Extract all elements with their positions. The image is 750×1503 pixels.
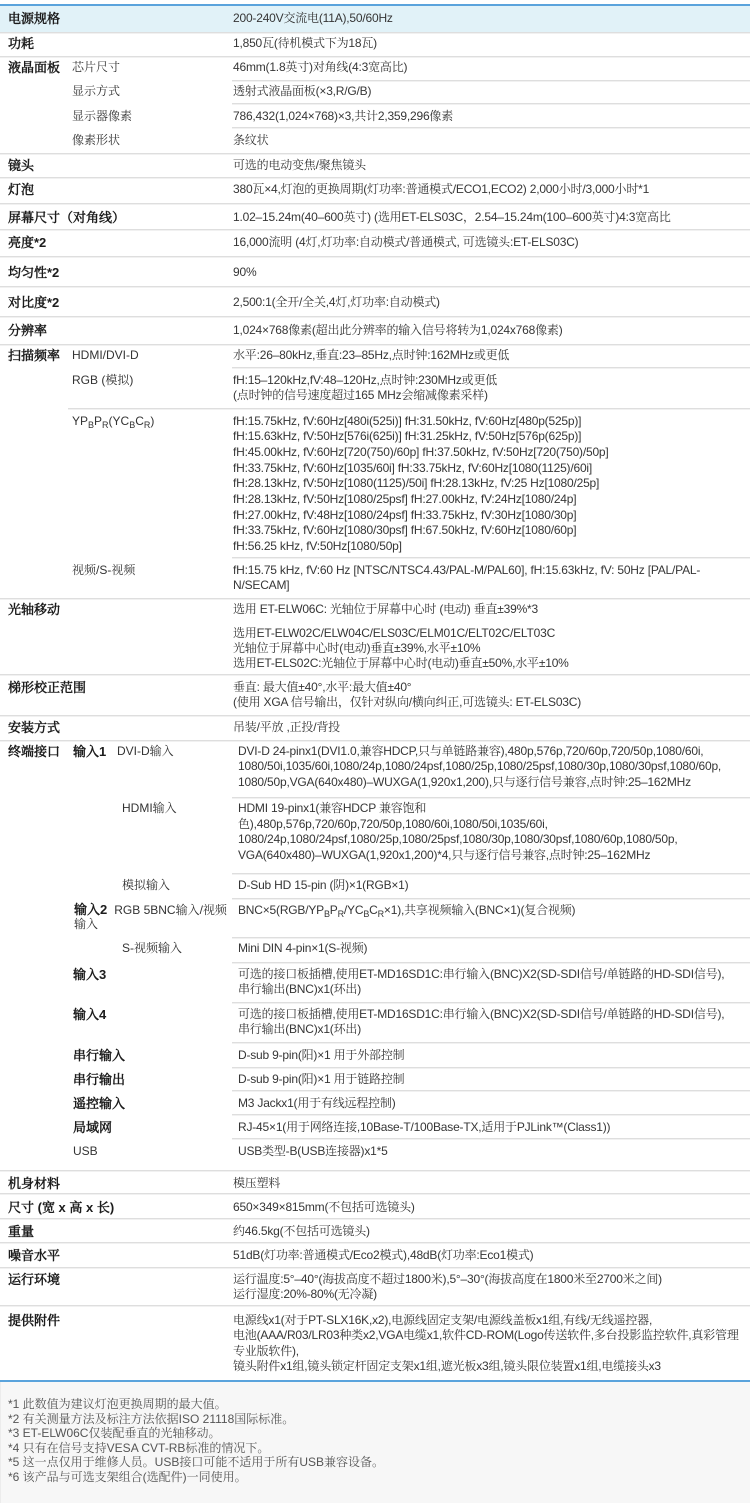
spec-value: 垂直: 最大值±40°,水平:最大值±40° (使用 XGA 信号输出，仅针对纵…	[233, 680, 748, 711]
spec-label: 提供附件	[8, 1313, 60, 1328]
spec-row-scan-hdmi-dvi: 扫描频率 HDMI/DVI-D 水平:26–80kHz,垂直:23–85Hz,点…	[0, 344, 750, 367]
spec-row-terminal-hdmi: HDMI输入 HDMI 19-pinx1(兼容HDCP 兼容饱和 色),480p…	[0, 797, 750, 873]
value-line: fH:33.75kHz, fV:60Hz[1035/60i] fH:33.75k…	[233, 461, 748, 477]
spec-row-terminal-serial-in: 串行输入 D-sub 9-pin(阳)×1 用于外部控制	[0, 1042, 750, 1067]
spec-row-terminal-input4: 输入4 可选的接口板插槽,使用ET-MD16SD1C:串行输入(BNC)X2(S…	[0, 1002, 750, 1042]
spec-value: D-Sub HD 15-pin (阴)×1(RGB×1)	[238, 878, 748, 894]
spec-sublabel: 模拟输入	[122, 878, 170, 893]
value-line: 水平:26–80kHz,垂直:23–85Hz,点时钟:162MHz或更低	[233, 348, 748, 364]
value-line: fH:33.75kHz, fV:60Hz[1080/30psf] fH:67.5…	[233, 523, 748, 539]
label-part: )	[150, 414, 154, 428]
spec-label: 均匀性*2	[8, 265, 59, 280]
spec-value: fH:15.75kHz, fV:60Hz[480i(525i)] fH:31.5…	[233, 414, 748, 555]
spec-row-weight: 重量 约46.5kg(不包括可选镜头)	[0, 1218, 750, 1242]
spec-row-accessories: 提供附件 电源线x1(对于PT-SLX16K,x2),电源线固定支架/电源线盖板…	[0, 1305, 750, 1380]
spec-row-terminal-input3: 输入3 可选的接口板插槽,使用ET-MD16SD1C:串行输入(BNC)X2(S…	[0, 962, 750, 1002]
spec-row-installation: 安装方式 吊装/平放 ,正投/背投	[0, 715, 750, 740]
spec-label: 尺寸 (宽 x 高 x 长)	[8, 1200, 114, 1215]
spec-value: 选用 ET-ELW06C: 光轴位于屏幕中心时 (电动) 垂直±39%*3 选用…	[233, 602, 748, 671]
value-line: HDMI 19-pinx1(兼容HDCP 兼容饱和	[238, 801, 748, 817]
spec-value: 运行温度:5°–40°(海拔高度不超过1800米),5°–30°(海拔高度在18…	[233, 1272, 748, 1303]
spec-value: 16,000流明 (4灯,灯功率:自动模式/普通模式, 可选镜头:ET-ELS0…	[233, 235, 748, 251]
value-line: fH:45.00kHz, fV:60Hz[720(750)/60p] fH:37…	[233, 445, 748, 461]
spec-label: 分辨率	[8, 323, 47, 338]
spec-row-lcd-chip-size: 液晶面板 芯片尺寸 46mm(1.8英寸)对角线(4:3宽高比)	[0, 56, 750, 80]
value-line: (点时钟的信号速度超过165 MHz会缩减像素采样)	[233, 388, 748, 404]
spec-value: 电源线x1(对于PT-SLX16K,x2),电源线固定支架/电源线盖板x1组,有…	[233, 1313, 748, 1375]
terminal-input-label: 输入1	[73, 744, 106, 759]
spec-value: 786,432(1,024×768)×3,共计2,359,296像素	[233, 109, 748, 125]
value-line: 1080/50i,1035/60i,1080/24p,1080/24psf,10…	[238, 759, 748, 775]
spec-sublabel: 显示器像素	[72, 109, 132, 124]
spec-row-terminal-usb: USB USB类型-B(USB连接器)x1*5	[0, 1138, 750, 1170]
value-part: BNC×5(RGB/YP	[238, 903, 324, 917]
footnote: *2 有关测量方法及标注方法依据ISO 21118国际标准。	[8, 1412, 384, 1427]
spec-row-lamp: 灯泡 380瓦×4,灯泡的更换周期(灯功率:普通模式/ECO1,ECO2) 2,…	[0, 177, 750, 203]
spec-sublabel: HDMI输入	[122, 801, 177, 816]
spec-row-lcd-pixel-shape: 像素形状 条纹状	[0, 127, 750, 153]
label-part: (YC	[109, 414, 130, 428]
spec-row-operating-environment: 运行环境 运行温度:5°–40°(海拔高度不超过1800米),5°–30°(海拔…	[0, 1267, 750, 1305]
spec-value: USB类型-B(USB连接器)x1*5	[238, 1144, 748, 1160]
terminal-label: 串行输入	[73, 1048, 125, 1063]
terminal-input-label: 输入4	[73, 1007, 106, 1022]
footnote: *6 该产品与可选支架组合(选配件)一同使用。	[8, 1470, 384, 1485]
spec-value: fH:15.75 kHz, fV:60 Hz [NTSC/NTSC4.43/PA…	[233, 563, 748, 594]
spec-row-terminal-s-video: S-视频输入 Mini DIN 4-pin×1(S-视频)	[0, 937, 750, 962]
spec-value: M3 Jackx1(用于有线远程控制)	[238, 1096, 748, 1112]
terminal-label: 遥控输入	[73, 1096, 125, 1111]
spec-sublabel: RGB (模拟)	[72, 373, 133, 388]
spec-row-lens-shift: 光轴移动 选用 ET-ELW06C: 光轴位于屏幕中心时 (电动) 垂直±39%…	[0, 598, 750, 674]
spec-row-power-consumption: 功耗 1,850瓦(待机模式下为18瓦)	[0, 32, 750, 56]
footnote: *5 这一点仅用于维修人员。USB接口可能不适用于所有USB兼容设备。	[8, 1455, 384, 1470]
spec-sublabel: HDMI/DVI-D	[72, 348, 139, 363]
value-line: 垂直: 最大值±40°,水平:最大值±40°	[233, 680, 748, 696]
spec-label: 镜头	[8, 158, 34, 173]
value-line: 电池(AAA/R03/LR03种类x2,VGA电缆x1,软件CD-ROM(Log…	[233, 1328, 748, 1344]
spec-row-scan-ypbpr: YPBPR(YCBCR) fH:15.75kHz, fV:60Hz[480i(5…	[0, 408, 750, 557]
spec-value: 380瓦×4,灯泡的更换周期(灯功率:普通模式/ECO1,ECO2) 2,000…	[233, 182, 748, 198]
spec-value: 1,850瓦(待机模式下为18瓦)	[233, 36, 748, 52]
spec-row-terminal-analog: 模拟输入 D-Sub HD 15-pin (阴)×1(RGB×1)	[0, 873, 750, 898]
spec-label: 梯形校正范围	[8, 680, 86, 695]
value-line: 1080/50p,VGA(640x480)–WUXGA(1,920x1,200)…	[238, 775, 748, 791]
spec-value: RJ-45×1(用于网络连接,10Base-T/100Base-TX,适用于PJ…	[238, 1120, 748, 1136]
terminal-input-label: 输入3	[73, 967, 106, 982]
spec-label: 光轴移动	[8, 602, 60, 617]
spec-sublabel: 视频/S-视频	[72, 563, 135, 578]
value-line: 选用ET-ELW02C/ELW04C/ELS03C/ELM01C/ELT02C/…	[233, 626, 748, 641]
spec-sublabel: DVI-D输入	[117, 744, 174, 759]
spec-row-lens: 镜头 可选的电动变焦/聚焦镜头	[0, 153, 750, 177]
value-part: C	[369, 903, 377, 917]
terminal-label: 局域网	[73, 1120, 112, 1135]
spec-value: 可选的电动变焦/聚焦镜头	[233, 158, 748, 174]
spec-value: 水平:26–80kHz,垂直:23–85Hz,点时钟:162MHz或更低	[233, 348, 748, 364]
spec-value: DVI-D 24-pinx1(DVI1.0,兼容HDCP,只与单链路兼容),48…	[238, 744, 748, 791]
value-line: 选用 ET-ELW06C: 光轴位于屏幕中心时 (电动) 垂直±39%*3	[233, 602, 748, 617]
spec-value: D-sub 9-pin(阳)×1 用于链路控制	[238, 1072, 748, 1088]
value-line: fH:28.13kHz, fV:50Hz[1080/25psf] fH:27.0…	[233, 492, 748, 508]
spec-row-terminal-dvi: 终端接口 输入1 DVI-D输入 DVI-D 24-pinx1(DVI1.0,兼…	[0, 740, 750, 797]
spec-value: 200-240V交流电(11A),50/60Hz	[233, 11, 748, 27]
spec-value: 2,500:1(全开/全关,4灯,灯功率:自动模式)	[233, 295, 748, 311]
value-line: 选用ET-ELS02C:光轴位于屏幕中心时(电动)垂直±50%,水平±10%	[233, 656, 748, 671]
spec-value: 可选的接口板插槽,使用ET-MD16SD1C:串行输入(BNC)X2(SD-SD…	[238, 967, 748, 998]
spec-label: 电源规格	[8, 11, 60, 26]
spec-sublabel: 显示方式	[72, 84, 120, 99]
value-paragraph: 选用ET-ELW02C/ELW04C/ELS03C/ELM01C/ELT02C/…	[233, 626, 748, 671]
spec-row-lcd-display-method: 显示方式 透射式液晶面板(×3,R/G/B)	[0, 80, 750, 103]
spec-row-terminal-serial-out: 串行输出 D-sub 9-pin(阳)×1 用于链路控制	[0, 1067, 750, 1090]
spec-row-terminal-lan: 局域网 RJ-45×1(用于网络连接,10Base-T/100Base-TX,适…	[0, 1114, 750, 1138]
spec-sublabel: 芯片尺寸	[72, 60, 120, 75]
spec-label: 对比度*2	[8, 295, 59, 310]
spec-value: 模压塑料	[233, 1176, 748, 1192]
spec-value: D-sub 9-pin(阳)×1 用于外部控制	[238, 1048, 748, 1064]
spec-row-uniformity: 均匀性*2 90%	[0, 256, 750, 286]
value-line: fH:15.75kHz, fV:60Hz[480i(525i)] fH:31.5…	[233, 414, 748, 430]
spec-value: 吊装/平放 ,正投/背投	[233, 720, 748, 736]
spec-label: 安装方式	[8, 720, 60, 735]
value-line: 专业版软件),	[233, 1344, 748, 1360]
spec-value: fH:15–120kHz,fV:48–120Hz,点时钟:230MHz或更低 (…	[233, 373, 748, 404]
spec-group-label: 终端接口	[8, 744, 60, 759]
spec-row-power-supply: 电源规格 200-240V交流电(11A),50/60Hz	[0, 6, 750, 32]
spec-value: 46mm(1.8英寸)对角线(4:3宽高比)	[233, 60, 748, 76]
spec-value: 51dB(灯功率:普通模式/Eco2模式),48dB(灯功率:Eco1模式)	[233, 1248, 748, 1264]
terminal-label: USB	[73, 1144, 98, 1159]
spec-row-lcd-pixels: 显示器像素 786,432(1,024×768)×3,共计2,359,296像素	[0, 103, 750, 127]
value-line: 电源线x1(对于PT-SLX16K,x2),电源线固定支架/电源线盖板x1组,有…	[233, 1313, 748, 1329]
footnote: *4 只有在信号支持VESA CVT-RB标准的情况下。	[8, 1441, 384, 1456]
spec-row-keystone: 梯形校正范围 垂直: 最大值±40°,水平:最大值±40° (使用 XGA 信号…	[0, 674, 750, 715]
spec-row-screen-size: 屏幕尺寸（对角线） 1.02–15.24m(40–600英寸) (选用ET-EL…	[0, 203, 750, 229]
footnote: *1 此数值为建议灯泡更换周期的最大值。	[8, 1397, 384, 1412]
spec-group-label: 扫描频率	[8, 348, 60, 363]
spec-label: 重量	[8, 1224, 34, 1239]
spec-row-noise-level: 噪音水平 51dB(灯功率:普通模式/Eco2模式),48dB(灯功率:Eco1…	[0, 1242, 750, 1267]
value-line: fH:56.25 kHz, fV:50Hz[1080/50p]	[233, 539, 748, 555]
spec-row-brightness: 亮度*2 16,000流明 (4灯,灯功率:自动模式/普通模式, 可选镜头:ET…	[0, 229, 750, 256]
value-line: fH:27.00kHz, fV:48Hz[1080/24psf] fH:33.7…	[233, 508, 748, 524]
spec-label: 灯泡	[8, 182, 34, 197]
terminal-label: 串行输出	[73, 1072, 125, 1087]
value-line: (使用 XGA 信号输出，仅针对纵向/横向纠正,可选镜头: ET-ELS03C)	[233, 695, 748, 711]
value-part: /YC	[344, 903, 363, 917]
spec-value: 1,024×768像素(超出此分辨率的输入信号将转为1,024x768像素)	[233, 323, 748, 339]
value-line: D-Sub HD 15-pin (阴)×1(RGB×1)	[238, 878, 748, 894]
value-line: Mini DIN 4-pin×1(S-视频)	[238, 941, 748, 957]
value-line: 运行湿度:20%-80%(无冷凝)	[233, 1287, 748, 1303]
label-part: C	[135, 414, 144, 428]
value-line: 串行输出(BNC)x1(环出)	[238, 982, 748, 998]
spec-row-terminal-rgb-bnc: 输入2RGB 5BNC输入/视频输入 BNC×5(RGB/YPBPR/YCBCR…	[0, 898, 750, 937]
spec-value: 650×349×815mm(不包括可选镜头)	[233, 1200, 748, 1216]
value-line: fH:28.13kHz, fV:50Hz[1080(1125)/50i] fH:…	[233, 476, 748, 492]
spec-label: 亮度*2	[8, 235, 46, 250]
value-line: 1080/24p,1080/24psf,1080/25p,1080/25psf,…	[238, 832, 748, 848]
value-line: 光轴位于屏幕中心时(电动)垂直±39%,水平±10%	[233, 641, 748, 656]
spec-value: 可选的接口板插槽,使用ET-MD16SD1C:串行输入(BNC)X2(SD-SD…	[238, 1007, 748, 1038]
value-line: BNC×5(RGB/YPBPR/YCBCR×1),共享视频输入(BNC×1)(复…	[238, 903, 748, 919]
spec-row-contrast: 对比度*2 2,500:1(全开/全关,4灯,灯功率:自动模式)	[0, 286, 750, 316]
spec-row-resolution: 分辨率 1,024×768像素(超出此分辨率的输入信号将转为1,024x768像…	[0, 316, 750, 344]
value-line: fH:15.63kHz, fV:50Hz[576i(625i)] fH:31.2…	[233, 429, 748, 445]
spec-label: 功耗	[8, 36, 34, 51]
value-line: 可选的接口板插槽,使用ET-MD16SD1C:串行输入(BNC)X2(SD-SD…	[238, 967, 748, 983]
value-part: P	[330, 903, 338, 917]
spec-value: 约46.5kg(不包括可选镜头)	[233, 1224, 748, 1240]
terminal-input2-labels: 输入2RGB 5BNC输入/视频输入	[74, 903, 232, 931]
spec-value: 1.02–15.24m(40–600英寸) (选用ET-ELS03C，2.54–…	[233, 210, 748, 226]
value-line: fH:15.75 kHz, fV:60 Hz [NTSC/NTSC4.43/PA…	[233, 563, 748, 579]
spec-row-terminal-remote-in: 遥控输入 M3 Jackx1(用于有线远程控制)	[0, 1090, 750, 1114]
value-line: N/SECAM]	[233, 578, 748, 594]
footnote: *3 ET-ELW06C仅装配垂直的光轴移动。	[8, 1426, 384, 1441]
spec-row-cabinet-material: 机身材料 模压塑料	[0, 1170, 750, 1193]
footnotes-panel: *1 此数值为建议灯泡更换周期的最大值。 *2 有关测量方法及标注方法依据ISO…	[0, 1382, 750, 1503]
spec-sublabel-ypbpr: YPBPR(YCBCR)	[72, 414, 154, 429]
value-line: VGA(640x480)–WUXGA(1,920x1,200)*4,只与逐行信号…	[238, 848, 748, 864]
value-line: 运行温度:5°–40°(海拔高度不超过1800米),5°–30°(海拔高度在18…	[233, 1272, 748, 1288]
spec-value: 条纹状	[233, 133, 748, 149]
terminal-input-label: 输入2	[74, 902, 107, 917]
label-part: YP	[72, 414, 88, 428]
spec-row-dimensions: 尺寸 (宽 x 高 x 长) 650×349×815mm(不包括可选镜头)	[0, 1193, 750, 1218]
spec-value: BNC×5(RGB/YPBPR/YCBCR×1),共享视频输入(BNC×1)(复…	[238, 903, 748, 919]
spec-row-scan-rgb: RGB (模拟) fH:15–120kHz,fV:48–120Hz,点时钟:23…	[0, 367, 750, 408]
spec-label: 运行环境	[8, 1272, 60, 1287]
spec-sublabel: S-视频输入	[122, 941, 182, 956]
value-line: fH:15–120kHz,fV:48–120Hz,点时钟:230MHz或更低	[233, 373, 748, 389]
spec-label: 屏幕尺寸（对角线）	[8, 210, 125, 225]
value-paragraph: 选用 ET-ELW06C: 光轴位于屏幕中心时 (电动) 垂直±39%*3	[233, 602, 748, 617]
spec-group-label: 液晶面板	[8, 60, 60, 75]
spec-label: 噪音水平	[8, 1248, 60, 1263]
value-line: DVI-D 24-pinx1(DVI1.0,兼容HDCP,只与单链路兼容),48…	[238, 744, 748, 760]
value-line: 镜头附件x1组,镜头锁定杆固定支架x1组,遮光板x3组,镜头限位装置x1组,电缆…	[233, 1359, 748, 1375]
spec-value: HDMI 19-pinx1(兼容HDCP 兼容饱和 色),480p,576p,7…	[238, 801, 748, 863]
label-part: P	[94, 414, 102, 428]
footnote-list: *1 此数值为建议灯泡更换周期的最大值。 *2 有关测量方法及标注方法依据ISO…	[8, 1397, 384, 1485]
spec-value: 透射式液晶面板(×3,R/G/B)	[233, 84, 748, 100]
value-line: 串行输出(BNC)x1(环出)	[238, 1022, 748, 1038]
spec-row-scan-video: 视频/S-视频 fH:15.75 kHz, fV:60 Hz [NTSC/NTS…	[0, 557, 750, 598]
spec-sublabel: 像素形状	[72, 133, 120, 148]
spec-value: 90%	[233, 265, 748, 281]
spec-label: 机身材料	[8, 1176, 60, 1191]
spec-value: Mini DIN 4-pin×1(S-视频)	[238, 941, 748, 957]
value-line: 可选的接口板插槽,使用ET-MD16SD1C:串行输入(BNC)X2(SD-SD…	[238, 1007, 748, 1023]
value-part: ×1),共享视频输入(BNC×1)(复合视频)	[384, 903, 575, 917]
value-line: 色),480p,576p,720/60p,720/50p,1080/60i,10…	[238, 817, 748, 833]
